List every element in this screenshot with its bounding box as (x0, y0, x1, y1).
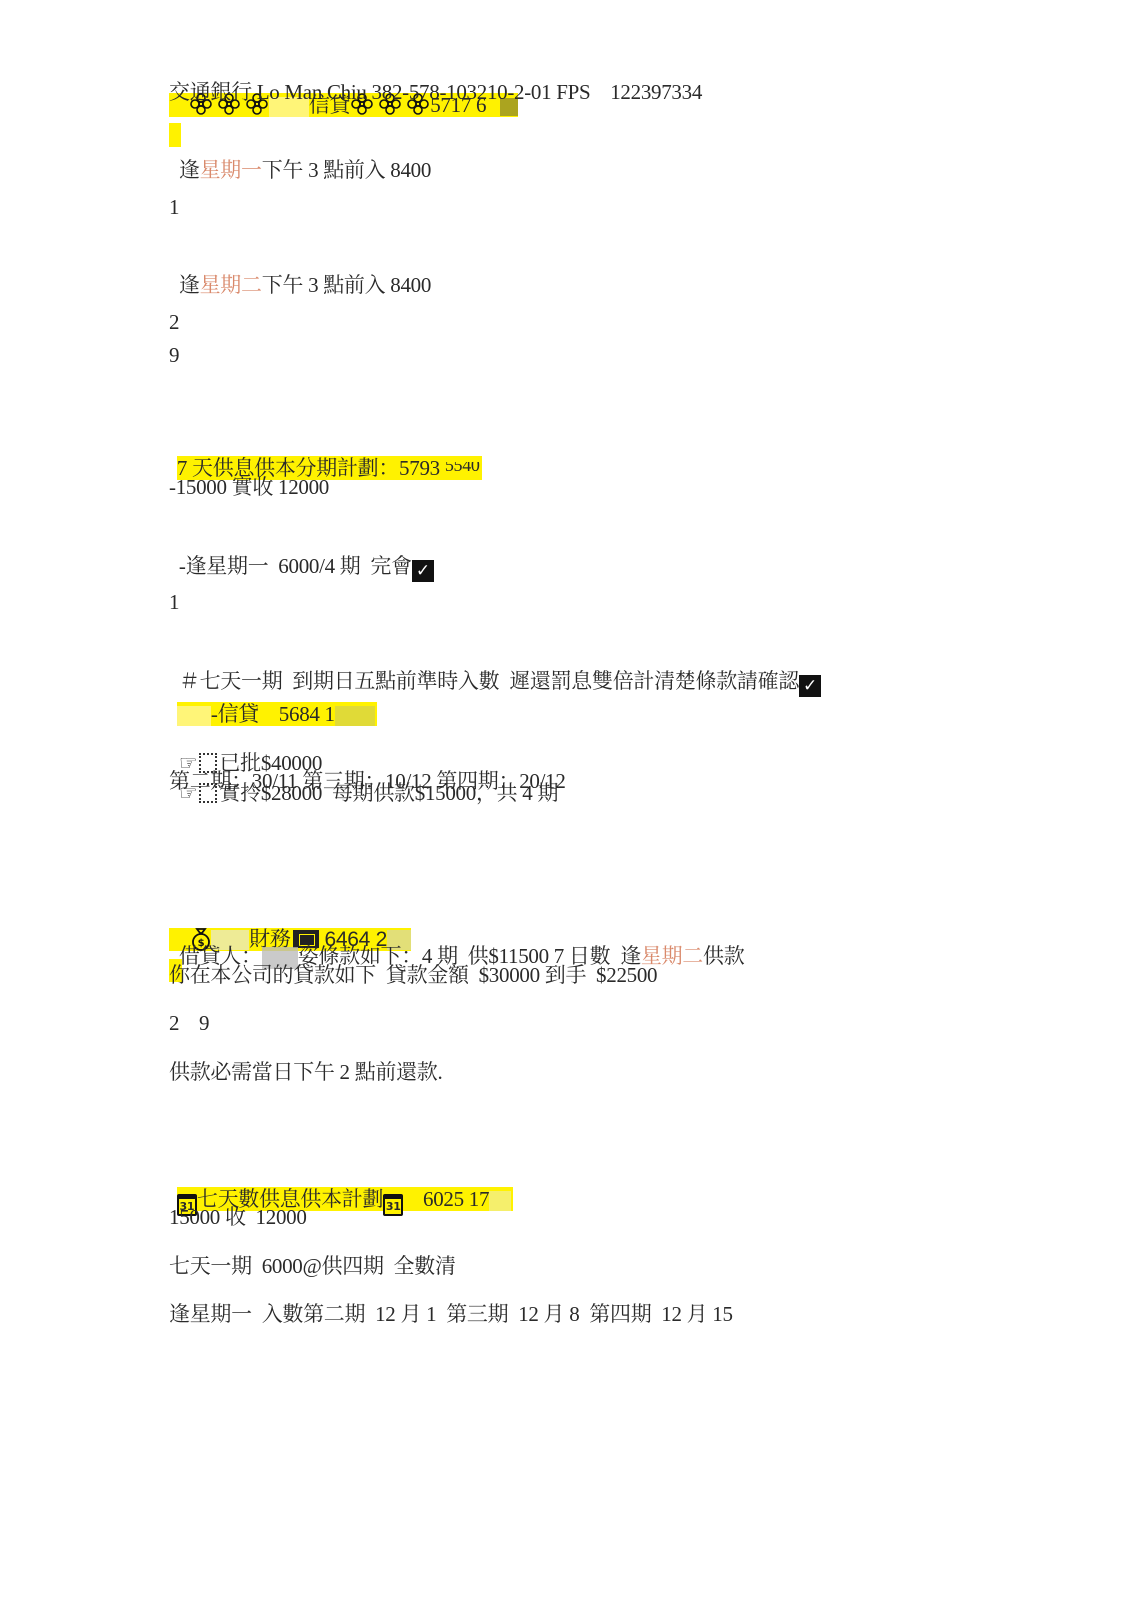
schedule-monday: 逢星期一下午 3 點前入 8400 (169, 125, 431, 185)
number-line: 2 9 (169, 1008, 209, 1038)
loan-amount-line: 你在本公司的貸款如下 貸款金額 $30000 到手 $22500 (169, 960, 657, 990)
text-suffix: 供款 (703, 944, 744, 968)
repayment-deadline: 供款必需當日下午 2 點前還款. (169, 1057, 442, 1087)
number-line: 2 (169, 307, 179, 337)
repayment-text: -逢星期一 6000/4 期 完會 (179, 554, 412, 578)
text-prefix: 逢 (179, 273, 200, 297)
number-line: 1 (169, 587, 179, 617)
plan-line: 七天一期 6000@供四期 全數清 (169, 1251, 456, 1281)
block-5-phone: 6025 17 (403, 1187, 489, 1211)
redacted-phone (489, 1191, 511, 1211)
checkbox-icon: ✓ (412, 560, 434, 582)
weekday: 星期二 (200, 273, 262, 297)
text-suffix: 下午 3 點前入 8400 (262, 158, 431, 182)
schedule-tuesday: 逢星期二下午 3 點前入 8400 (169, 240, 431, 300)
installment-dates: 第二期：30/11 第三期：10/12 第四期：20/12 (169, 766, 566, 796)
text-prefix: 逢 (179, 158, 200, 182)
bank-account-line: 交通銀行 Lo Man Chiu 382-578-103210-2-01 FPS… (169, 77, 702, 107)
weekday: 星期一 (200, 158, 262, 182)
block-2-phone-tail: 5540 (445, 462, 480, 477)
checkbox-icon: ✓ (799, 675, 821, 697)
text-suffix: 下午 3 點前入 8400 (262, 273, 431, 297)
amount-line: -15000 實收 12000 (169, 472, 329, 502)
number-line: 1 (169, 192, 179, 222)
amount-line: 15000 收 12000 (169, 1202, 307, 1232)
schedule-line: 逢星期一 入數第二期 12 月 1 第三期 12 月 8 第四期 12 月 15 (169, 1299, 733, 1329)
number-line: 9 (169, 340, 179, 370)
calendar-icon: 31 (383, 1194, 403, 1216)
repayment-line: -逢星期一 6000/4 期 完會✓ (169, 521, 434, 582)
